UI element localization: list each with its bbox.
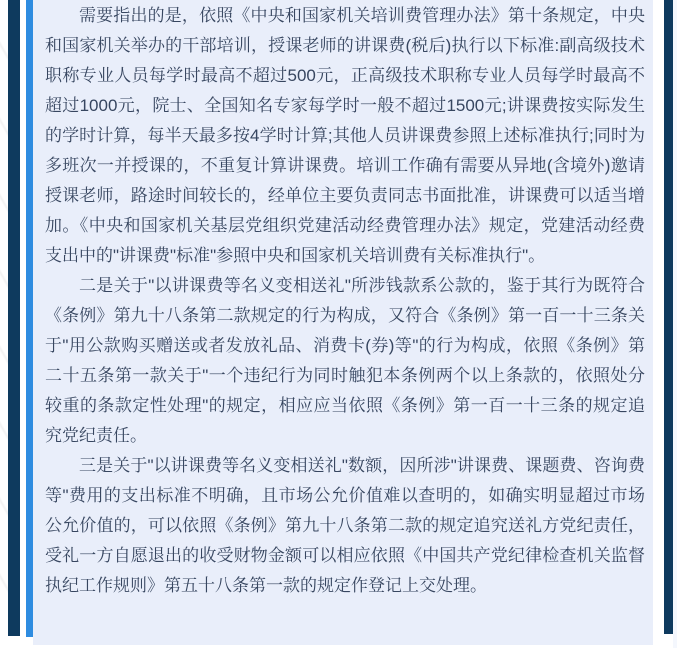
paragraph-2: 二是关于"以讲课费等名义变相送礼"所涉钱款系公款的，鉴于其行为既符合《条例》第九… (45, 271, 645, 451)
left-outer-border-bar (8, 0, 20, 636)
right-border-bar (664, 0, 673, 634)
article-page: 需要指出的是，依照《中央和国家机关培训费管理办法》第十条规定，中央和国家机关举办… (0, 0, 677, 648)
left-page-margin (0, 0, 8, 648)
paragraph-3: 三是关于"以讲课费等名义变相送礼"数额，因所涉"讲课费、课题费、咨询费等"费用的… (45, 451, 645, 601)
paragraph-1: 需要指出的是，依照《中央和国家机关培训费管理办法》第十条规定，中央和国家机关举办… (45, 1, 645, 271)
article-content-panel: 需要指出的是，依照《中央和国家机关培训费管理办法》第十条规定，中央和国家机关举办… (33, 0, 653, 645)
left-accent-border-bar (26, 0, 33, 637)
right-page-margin (673, 0, 677, 648)
